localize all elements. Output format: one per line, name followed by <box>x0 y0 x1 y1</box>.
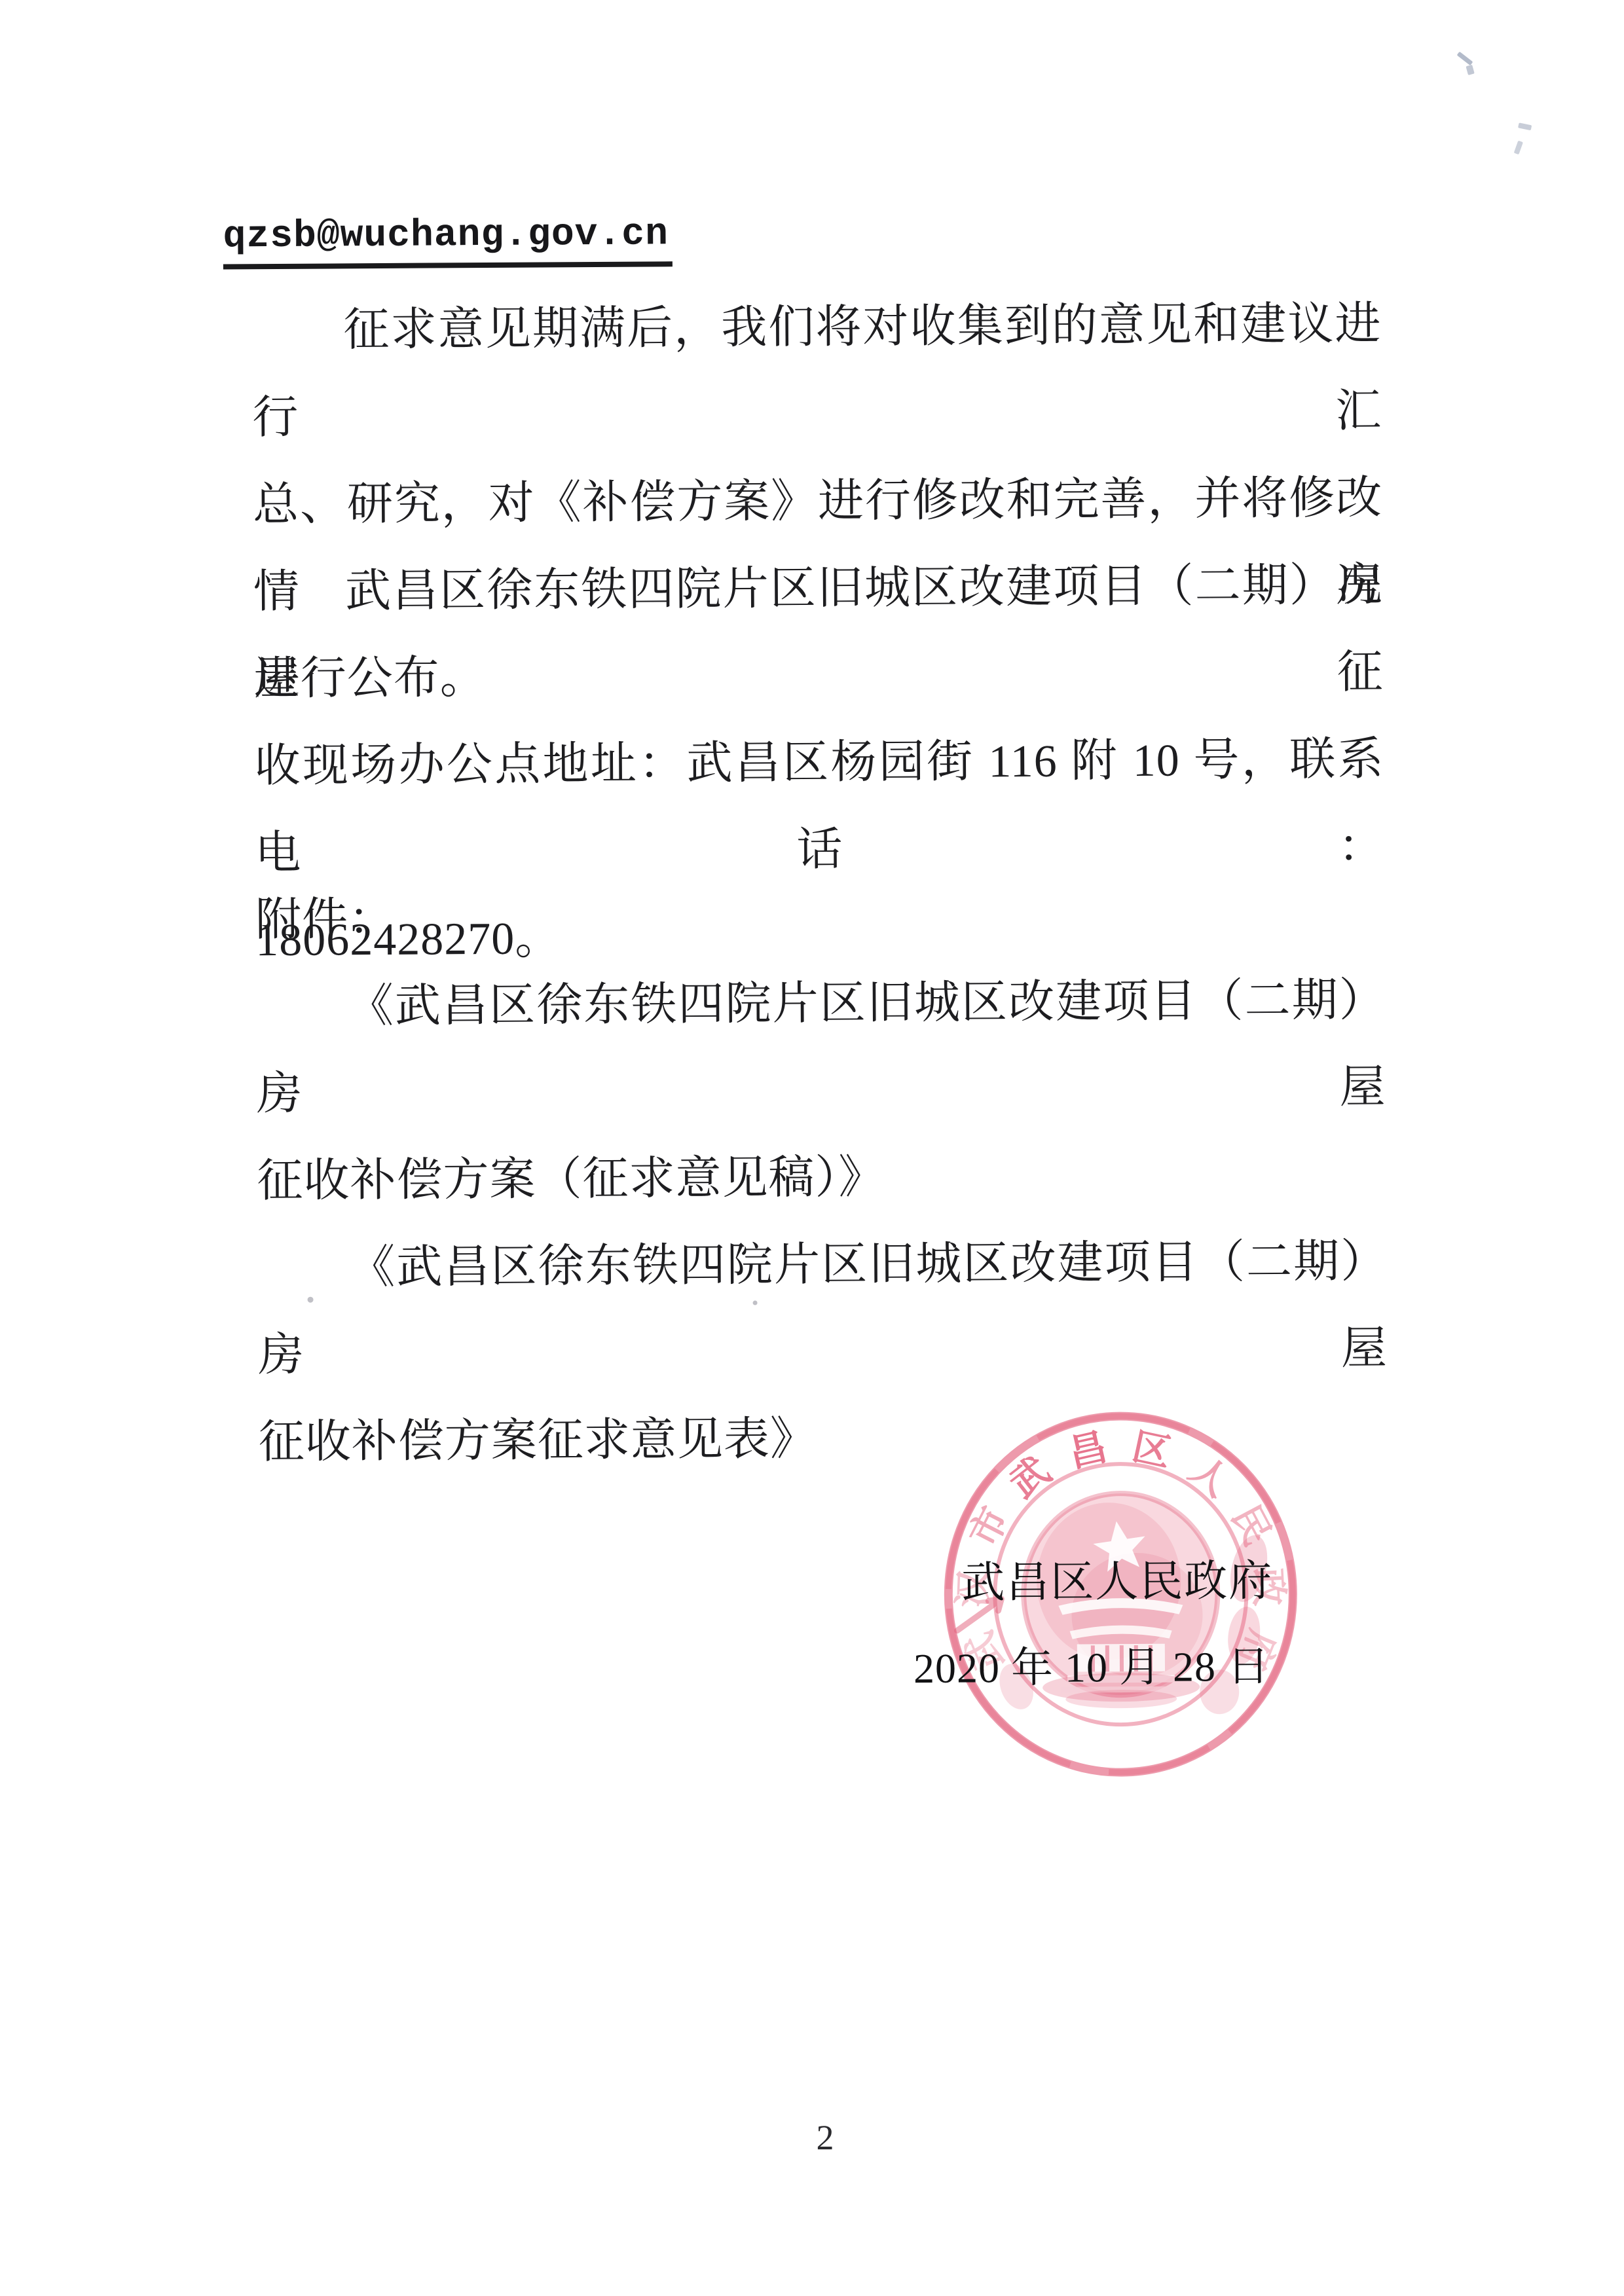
svg-text:区: 区 <box>1129 1425 1175 1475</box>
attachment-2-line-1: 《武昌区徐东铁四院片区旧城区改建项目（二期）房屋 <box>257 1218 1388 1400</box>
scan-speck <box>753 1301 758 1305</box>
scan-artifact <box>1514 141 1523 155</box>
scan-artifact <box>1457 52 1473 65</box>
attachment-1-line-2: 征收补偿方案（征求意见稿）》 <box>257 1131 1387 1226</box>
page-number: 2 <box>789 2117 861 2158</box>
email-address: qzsb@wuchang.gov.cn <box>223 209 673 269</box>
paragraph-2-line-2: 收现场办公点地址：武昌区杨园街 116 附 10 号，联系电话： <box>254 716 1385 898</box>
attachments-label: 附件： <box>255 876 396 964</box>
svg-text:昌: 昌 <box>1065 1425 1111 1475</box>
issue-date: 2020 年 10 月 28 日 <box>876 1641 1308 1694</box>
scan-artifact <box>1518 122 1532 130</box>
issuer-signature: 武昌区人民政府 <box>961 1556 1273 1609</box>
scan-artifact <box>1466 65 1474 75</box>
attachment-1-line-1: 《武昌区徐东铁四院片区旧城区改建项目（二期）房屋 <box>255 957 1386 1139</box>
paragraph-2-line-1: 武昌区徐东铁四院片区旧城区改建项目（二期）房屋征 <box>253 542 1384 723</box>
paragraph-1-line-1: 征求意见期满后，我们将对收集到的意见和建议进行汇 <box>251 281 1382 462</box>
paragraph-2: 武昌区徐东铁四院片区旧城区改建项目（二期）房屋征 收现场办公点地址：武昌区杨园街… <box>253 542 1386 985</box>
document-sheet: qzsb@wuchang.gov.cn 征求意见期满后，我们将对收集到的意见和建… <box>0 0 1624 2296</box>
scan-speck <box>308 1297 314 1303</box>
